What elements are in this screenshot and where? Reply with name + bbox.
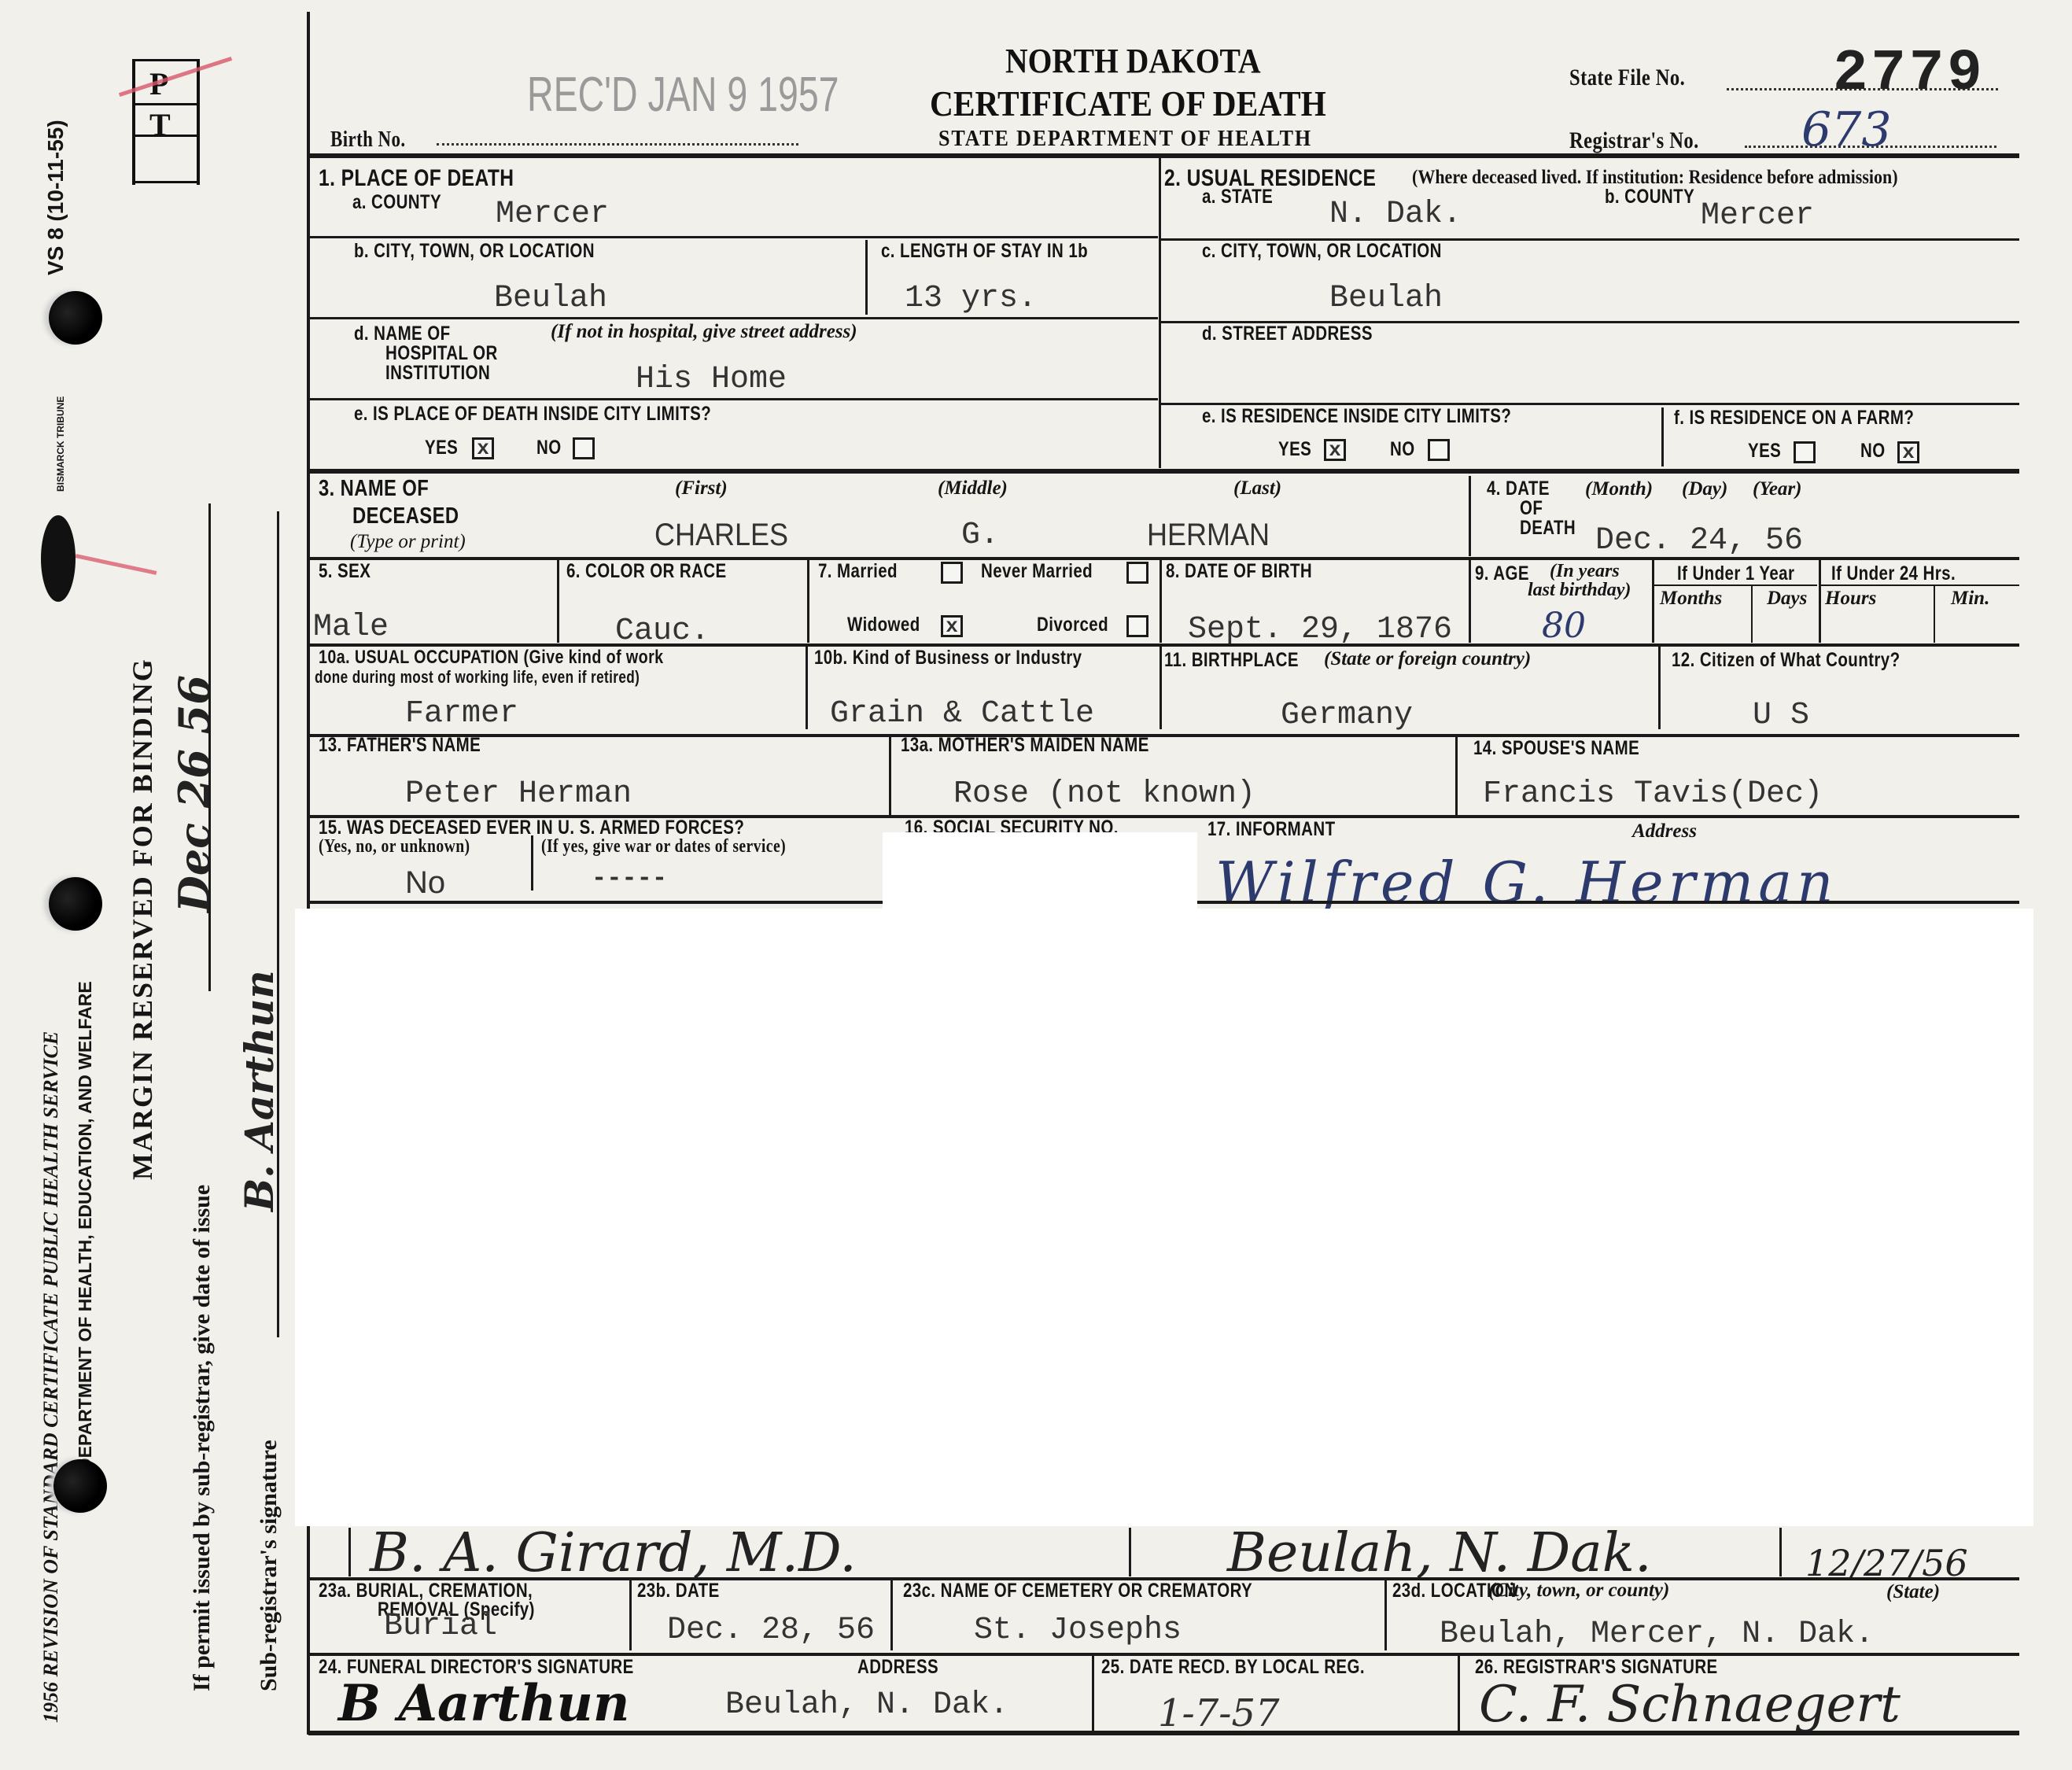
armed-forces-hint: (If yes, give war or dates of service) xyxy=(541,836,786,857)
occupation-label: done during most of working life, even i… xyxy=(315,667,640,688)
minutes-label: Min. xyxy=(1951,588,1989,610)
form-title: CERTIFICATE OF DEATH xyxy=(930,83,1326,124)
punch-hole xyxy=(49,877,102,931)
funeral-address-value[interactable]: Beulah, N. Dak. xyxy=(725,1687,1008,1723)
married-checkbox[interactable] xyxy=(941,562,963,584)
cell-divider xyxy=(1661,407,1664,466)
printer-mark: BISMARCK TRIBUNE xyxy=(55,396,66,492)
hospital-value[interactable]: His Home xyxy=(636,362,787,397)
date-received-value: 1-7-57 xyxy=(1158,1691,1280,1735)
sex-value[interactable]: Male xyxy=(313,610,389,645)
spouse-name-label: 14. SPOUSE'S NAME xyxy=(1473,737,1639,760)
seal-icon xyxy=(41,515,76,602)
business-label: 10b. Kind of Business or Industry xyxy=(814,647,1082,669)
cell-divider xyxy=(1092,1656,1094,1731)
death-city-label: b. CITY, TOWN, OR LOCATION xyxy=(354,240,595,263)
length-of-stay-label: c. LENGTH OF STAY IN 1b xyxy=(881,240,1088,263)
burial-date-label: 23b. DATE xyxy=(637,1580,720,1602)
redacted-region xyxy=(295,909,2033,1526)
punch-hole xyxy=(49,291,102,345)
cell-divider xyxy=(806,647,808,729)
business-value[interactable]: Grain & Cattle xyxy=(830,696,1094,732)
cell-divider xyxy=(1160,647,1162,729)
cell-divider xyxy=(1458,1656,1460,1731)
citizen-label: 12. Citizen of What Country? xyxy=(1672,649,1901,672)
death-city-limits-label: e. IS PLACE OF DEATH INSIDE CITY LIMITS? xyxy=(354,403,711,426)
cell-divider xyxy=(1469,476,1471,556)
birthplace-value[interactable]: Germany xyxy=(1281,698,1413,733)
cell-divider xyxy=(1129,1528,1131,1576)
divorced-checkbox[interactable] xyxy=(1126,615,1148,637)
death-city-limits-yes-checkbox[interactable]: x xyxy=(472,437,494,459)
father-name-value[interactable]: Peter Herman xyxy=(405,776,632,812)
burial-date-value[interactable]: Dec. 28, 56 xyxy=(667,1613,875,1648)
cell-divider xyxy=(865,240,868,315)
race-label: 6. COLOR OR RACE xyxy=(566,560,727,583)
informant-label: 17. INFORMANT xyxy=(1207,818,1336,841)
residence-state-value[interactable]: N. Dak. xyxy=(1329,197,1462,232)
date-of-death-label: DEATH xyxy=(1520,517,1576,540)
residence-county-value[interactable]: Mercer xyxy=(1701,198,1814,234)
header-rule xyxy=(308,153,2019,158)
birthplace-hint: (State or foreign country) xyxy=(1324,648,1531,670)
day-hint: (Day) xyxy=(1682,478,1727,500)
burial-state-hint: (State) xyxy=(1886,1581,1940,1603)
spouse-name-value[interactable]: Francis Tavis(Dec) xyxy=(1483,776,1823,812)
service-value[interactable]: ----- xyxy=(592,864,667,893)
residence-farm-no-checkbox[interactable]: x xyxy=(1897,441,1919,463)
occupation-label: 10a. USUAL OCCUPATION (Give kind of work xyxy=(319,647,663,669)
burial-location-hint: (City, town, or county) xyxy=(1488,1580,1669,1602)
cell-divider xyxy=(557,560,559,643)
no-label: NO xyxy=(1390,438,1415,461)
certifier-signature: B. A. Girard, M.D. xyxy=(370,1522,857,1584)
residence-city-limits-yes-checkbox[interactable]: x xyxy=(1324,439,1346,461)
date-received-label: 25. DATE RECD. BY LOCAL REG. xyxy=(1101,1656,1365,1679)
last-name-hint: (Last) xyxy=(1233,478,1281,500)
first-name-hint: (First) xyxy=(675,478,728,500)
cell-divider xyxy=(1658,647,1661,729)
year-hint: (Year) xyxy=(1753,478,1801,500)
residence-city-limits-no-checkbox[interactable] xyxy=(1428,439,1450,461)
birth-no-field[interactable] xyxy=(437,143,798,146)
certifier-address: Beulah, N. Dak. xyxy=(1227,1522,1652,1584)
department-title: STATE DEPARTMENT OF HEALTH xyxy=(938,126,1312,152)
hours-label: Hours xyxy=(1825,588,1876,610)
widowed-label: Widowed xyxy=(847,614,920,636)
mother-name-label: 13a. MOTHER'S MAIDEN NAME xyxy=(901,734,1149,757)
last-name-value[interactable]: HERMAN xyxy=(1147,518,1270,553)
received-stamp: REC'D JAN 9 1957 xyxy=(527,67,839,123)
residence-state-label: a. STATE xyxy=(1202,186,1273,208)
date-of-death-value[interactable]: Dec. 24, 56 xyxy=(1595,523,1803,559)
citizen-value[interactable]: U S xyxy=(1753,698,1809,733)
cell-divider xyxy=(1469,560,1471,643)
never-married-checkbox[interactable] xyxy=(1126,562,1148,584)
cell-divider xyxy=(629,1580,632,1650)
pt-box-letter-t: T xyxy=(149,106,171,143)
burial-location-value[interactable]: Beulah, Mercer, N. Dak. xyxy=(1440,1617,1874,1652)
state-file-no-label: State File No. xyxy=(1569,65,1685,91)
days-label: Days xyxy=(1767,588,1807,610)
mother-name-value[interactable]: Rose (not known) xyxy=(953,776,1255,812)
place-of-death-heading: 1. PLACE OF DEATH xyxy=(319,165,514,192)
redacted-region-ssn xyxy=(883,832,1197,919)
death-county-value[interactable]: Mercer xyxy=(496,197,609,232)
under-one-year-label: If Under 1 Year xyxy=(1677,562,1794,585)
age-hint: (In years xyxy=(1550,561,1620,582)
red-pencil-mark-bottom xyxy=(76,554,157,575)
name-label: 3. NAME OF xyxy=(319,476,429,502)
death-county-label: a. COUNTY xyxy=(352,191,441,214)
date-of-birth-label: 8. DATE OF BIRTH xyxy=(1166,560,1312,583)
sub-rule xyxy=(1819,584,2019,586)
column-divider xyxy=(1159,157,1161,468)
name-label: DECEASED xyxy=(352,503,459,529)
armed-forces-hint: (Yes, no, or unknown) xyxy=(319,836,470,857)
permit-date: Dec 26 56 xyxy=(169,675,219,913)
cell-divider xyxy=(1160,560,1162,643)
yes-label: YES xyxy=(1278,438,1311,461)
residence-street-label: d. STREET ADDRESS xyxy=(1202,323,1373,345)
cell-divider xyxy=(1652,560,1654,643)
under-24-hours-label: If Under 24 Hrs. xyxy=(1831,562,1956,585)
punch-hole xyxy=(53,1459,107,1513)
residence-county-label: b. COUNTY xyxy=(1605,186,1694,208)
residence-farm-yes-checkbox[interactable] xyxy=(1794,441,1816,463)
residence-farm-label: f. IS RESIDENCE ON A FARM? xyxy=(1674,407,1914,430)
middle-name-value[interactable]: G. xyxy=(961,518,999,553)
row-rule xyxy=(308,398,1158,400)
disposition-value[interactable]: Burial xyxy=(384,1609,497,1644)
armed-forces-value[interactable]: No xyxy=(405,865,445,901)
cell-divider xyxy=(348,1528,351,1576)
age-hint: last birthday) xyxy=(1528,580,1631,601)
yes-label: YES xyxy=(1748,440,1781,463)
cell-divider xyxy=(1751,586,1753,643)
subregistrar-signature-label: Sub-registrar's signature xyxy=(256,1440,282,1691)
section-rule xyxy=(308,557,2019,560)
cell-divider xyxy=(1779,1528,1782,1576)
subregistrar-signature: B. Aarthun xyxy=(236,970,282,1211)
occupation-value[interactable]: Farmer xyxy=(405,696,518,732)
funeral-director-signature: B Aarthun xyxy=(338,1674,629,1733)
middle-name-hint: (Middle) xyxy=(938,478,1008,500)
month-hint: (Month) xyxy=(1585,478,1653,500)
birthplace-label: 11. BIRTHPLACE xyxy=(1164,649,1299,672)
permit-label: If permit issued by sub-registrar, give … xyxy=(189,1185,216,1691)
binding-margin-text: MARGIN RESERVED FOR BINDING xyxy=(126,658,159,1180)
informant-address-label: Address xyxy=(1632,820,1697,843)
death-city-value[interactable]: Beulah xyxy=(494,281,607,316)
revision-text: 1956 REVISION OF STANDARD CERTIFICATE PU… xyxy=(39,1031,63,1723)
length-of-stay-value[interactable]: 13 yrs. xyxy=(905,281,1037,316)
left-margin: VS 8 (10-11-55) BISMARCK TRIBUNE 1956 RE… xyxy=(0,0,307,1770)
section-rule xyxy=(308,734,2019,737)
hospital-hint: (If not in hospital, give street address… xyxy=(551,321,857,343)
permit-line xyxy=(208,503,211,991)
registrars-no-value: 673 xyxy=(1801,102,1892,157)
section-rule xyxy=(308,469,2019,474)
months-label: Months xyxy=(1660,588,1722,610)
form-code: VS 8 (10-11-55) xyxy=(43,120,68,275)
state-file-no-value: 2779 xyxy=(1833,41,1985,107)
date-of-birth-value[interactable]: Sept. 29, 1876 xyxy=(1188,612,1452,647)
father-name-label: 13. FATHER'S NAME xyxy=(319,734,481,757)
name-hint: (Type or print) xyxy=(350,531,466,553)
cell-divider xyxy=(1384,1580,1387,1650)
cemetery-label: 23c. NAME OF CEMETERY OR CREMATORY xyxy=(903,1580,1252,1602)
death-city-limits-no-checkbox[interactable] xyxy=(573,437,595,459)
registrars-no-label: Registrar's No. xyxy=(1569,127,1699,154)
registrar-signature: C. F. Schnaegert xyxy=(1479,1676,1901,1734)
residence-city-value[interactable]: Beulah xyxy=(1329,281,1443,316)
cell-divider xyxy=(890,1580,893,1650)
widowed-checkbox[interactable]: x xyxy=(941,615,963,637)
sub-rule xyxy=(1652,584,1817,586)
divorced-label: Divorced xyxy=(1037,614,1108,636)
no-label: NO xyxy=(536,437,562,459)
residence-city-label: c. CITY, TOWN, OR LOCATION xyxy=(1202,240,1442,263)
cell-divider xyxy=(889,737,891,816)
department-text: DEPARTMENT OF HEALTH, EDUCATION, AND WEL… xyxy=(75,981,96,1471)
form-title-state: NORTH DAKOTA xyxy=(1005,41,1261,81)
never-married-label: Never Married xyxy=(981,560,1093,583)
no-label: NO xyxy=(1860,440,1886,463)
cell-divider xyxy=(1934,586,1935,643)
yes-label: YES xyxy=(425,437,458,459)
age-label: 9. AGE xyxy=(1475,562,1529,585)
row-rule xyxy=(308,317,1158,319)
form-bottom-rule xyxy=(308,1731,2019,1735)
first-name-value[interactable]: CHARLES xyxy=(654,518,788,553)
cell-divider xyxy=(531,835,533,891)
hospital-label: INSTITUTION xyxy=(385,362,490,385)
cemetery-value[interactable]: St. Josephs xyxy=(974,1613,1182,1648)
cell-divider xyxy=(1455,737,1458,816)
subregistrar-line xyxy=(277,511,279,1337)
informant-signature: Wilfred G. Herman xyxy=(1215,850,1838,916)
birth-no-label: Birth No. xyxy=(330,127,406,153)
funeral-address-label: ADDRESS xyxy=(857,1656,938,1679)
cell-divider xyxy=(1819,560,1821,643)
sex-label: 5. SEX xyxy=(319,560,371,583)
married-label: 7. Married xyxy=(818,560,898,583)
residence-street-value[interactable] xyxy=(1329,362,1959,393)
residence-city-limits-label: e. IS RESIDENCE INSIDE CITY LIMITS? xyxy=(1202,405,1511,428)
row-rule xyxy=(308,236,1158,238)
age-value[interactable]: 80 xyxy=(1542,606,1586,646)
cell-divider xyxy=(807,560,809,643)
